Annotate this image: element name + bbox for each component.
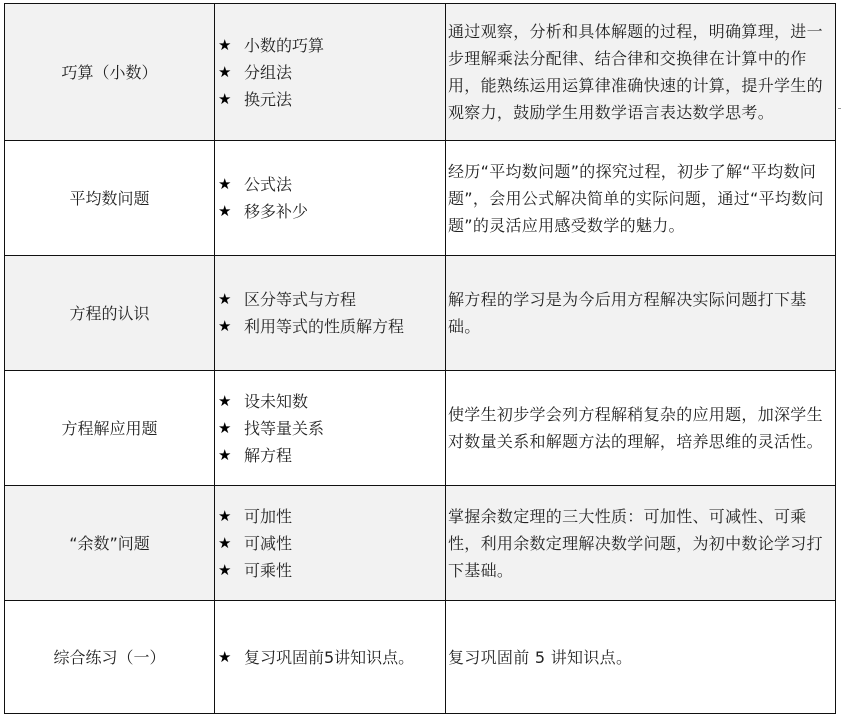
- star-bullet-icon: ★: [218, 557, 244, 584]
- table-row: “余数”问题★可加性★可减性★可乘性掌握余数定理的三大性质：可加性、可减性、可乘…: [5, 486, 836, 601]
- topic-cell: 方程的认识: [5, 256, 215, 371]
- table-row: 综合练习（一）★复习巩固前5讲知识点。复习巩固前 5 讲知识点。: [5, 601, 836, 714]
- key-point-label: 小数的巧算: [244, 32, 324, 59]
- key-points-cell: ★公式法★移多补少: [215, 141, 446, 256]
- table-row: 方程的认识★区分等式与方程★利用等式的性质解方程解方程的学习是为今后用方程解决实…: [5, 256, 836, 371]
- key-point-item: ★分组法: [218, 59, 445, 86]
- star-bullet-icon: ★: [218, 530, 244, 557]
- curriculum-table: 巧算（小数）★小数的巧算★分组法★换元法通过观察，分析和具体解题的过程，明确算理…: [4, 3, 836, 714]
- table-row: 巧算（小数）★小数的巧算★分组法★换元法通过观察，分析和具体解题的过程，明确算理…: [5, 4, 836, 141]
- key-point-item: ★找等量关系: [218, 415, 445, 442]
- table-body: 巧算（小数）★小数的巧算★分组法★换元法通过观察，分析和具体解题的过程，明确算理…: [5, 4, 836, 714]
- star-bullet-icon: ★: [218, 198, 244, 225]
- learning-goal-cell: 经历“平均数问题”的探究过程，初步了解“平均数问题”，会用公式解决简单的实际问题…: [446, 141, 836, 256]
- key-points-cell: ★可加性★可减性★可乘性: [215, 486, 446, 601]
- star-bullet-icon: ★: [218, 171, 244, 198]
- topic-cell: 方程解应用题: [5, 371, 215, 486]
- learning-goal-cell: 使学生初步学会列方程解稍复杂的应用题，加深学生对数量关系和解题方法的理解，培养思…: [446, 371, 836, 486]
- key-point-label: 可乘性: [244, 557, 292, 584]
- star-bullet-icon: ★: [218, 286, 244, 313]
- learning-goal-cell: 掌握余数定理的三大性质：可加性、可减性、可乘性，利用余数定理解决数学问题，为初中…: [446, 486, 836, 601]
- key-points-cell: ★设未知数★找等量关系★解方程: [215, 371, 446, 486]
- learning-goal-cell: 解方程的学习是为今后用方程解决实际问题打下基础。: [446, 256, 836, 371]
- key-points-cell: ★小数的巧算★分组法★换元法: [215, 4, 446, 141]
- learning-goal-cell: 通过观察，分析和具体解题的过程，明确算理，进一步理解乘法分配律、结合律和交换律在…: [446, 4, 836, 141]
- key-point-item: ★公式法: [218, 171, 445, 198]
- star-bullet-icon: ★: [218, 86, 244, 113]
- key-point-item: ★复习巩固前5讲知识点。: [218, 644, 445, 671]
- star-bullet-icon: ★: [218, 442, 244, 469]
- key-point-item: ★小数的巧算: [218, 32, 445, 59]
- key-point-item: ★可加性: [218, 503, 445, 530]
- key-points-cell: ★区分等式与方程★利用等式的性质解方程: [215, 256, 446, 371]
- table-row: 平均数问题★公式法★移多补少经历“平均数问题”的探究过程，初步了解“平均数问题”…: [5, 141, 836, 256]
- key-point-item: ★解方程: [218, 442, 445, 469]
- key-point-label: 公式法: [244, 171, 292, 198]
- key-points-cell: ★复习巩固前5讲知识点。: [215, 601, 446, 714]
- star-bullet-icon: ★: [218, 313, 244, 340]
- key-point-item: ★可乘性: [218, 557, 445, 584]
- star-bullet-icon: ★: [218, 59, 244, 86]
- key-point-label: 利用等式的性质解方程: [244, 313, 404, 340]
- key-point-label: 区分等式与方程: [244, 286, 356, 313]
- key-point-label: 分组法: [244, 59, 292, 86]
- star-bullet-icon: ★: [218, 644, 244, 671]
- key-point-label: 设未知数: [244, 388, 308, 415]
- star-bullet-icon: ★: [218, 503, 244, 530]
- star-bullet-icon: ★: [218, 388, 244, 415]
- key-point-item: ★利用等式的性质解方程: [218, 313, 445, 340]
- topic-cell: 巧算（小数）: [5, 4, 215, 141]
- key-point-label: 可减性: [244, 530, 292, 557]
- key-point-item: ★换元法: [218, 86, 445, 113]
- topic-cell: “余数”问题: [5, 486, 215, 601]
- key-point-item: ★移多补少: [218, 198, 445, 225]
- key-point-item: ★可减性: [218, 530, 445, 557]
- key-point-label: 换元法: [244, 86, 292, 113]
- key-point-label: 复习巩固前5讲知识点。: [244, 644, 414, 671]
- star-bullet-icon: ★: [218, 32, 244, 59]
- key-point-label: 可加性: [244, 503, 292, 530]
- table-row: 方程解应用题★设未知数★找等量关系★解方程使学生初步学会列方程解稍复杂的应用题，…: [5, 371, 836, 486]
- learning-goal-cell: 复习巩固前 5 讲知识点。: [446, 601, 836, 714]
- key-point-label: 移多补少: [244, 198, 308, 225]
- topic-cell: 综合练习（一）: [5, 601, 215, 714]
- key-point-label: 解方程: [244, 442, 292, 469]
- key-point-item: ★设未知数: [218, 388, 445, 415]
- key-point-label: 找等量关系: [244, 415, 324, 442]
- topic-cell: 平均数问题: [5, 141, 215, 256]
- key-point-item: ★区分等式与方程: [218, 286, 445, 313]
- star-bullet-icon: ★: [218, 415, 244, 442]
